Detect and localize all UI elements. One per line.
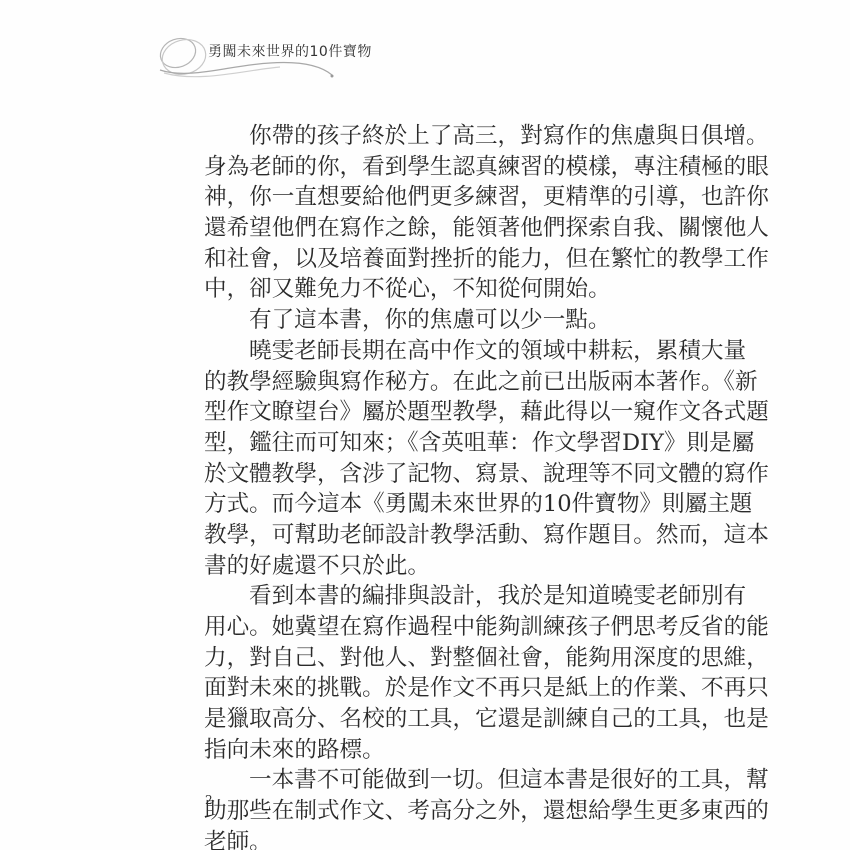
text-line: 方式。而今這本《勇闖未來世界的10件寶物》則屬主題 bbox=[204, 489, 620, 520]
paragraph-5: 一本書不可能做到一切。但這本書是很好的工具，幫 助那些在制式作文、考高分之外，還… bbox=[204, 765, 620, 850]
paragraph-1: 你帶的孩子終於上了高三，對寫作的焦慮與日俱增。 身為老師的你，看到學生認真練習的… bbox=[204, 121, 620, 305]
paragraph-2: 有了這本書，你的焦慮可以少一點。 bbox=[204, 305, 620, 336]
text-line: 力，對自己、對他人、對整個社會，能夠用深度的思維， bbox=[204, 643, 620, 674]
text-line: 有了這本書，你的焦慮可以少一點。 bbox=[204, 305, 620, 336]
text-line: 中，卻又難免力不從心，不知從何開始。 bbox=[204, 274, 620, 305]
text-line: 老師。 bbox=[204, 827, 620, 850]
text-line: 一本書不可能做到一切。但這本書是很好的工具，幫 bbox=[204, 765, 620, 796]
text-line: 助那些在制式作文、考高分之外，還想給學生更多東西的 bbox=[204, 796, 620, 827]
body-text: 你帶的孩子終於上了高三，對寫作的焦慮與日俱增。 身為老師的你，看到學生認真練習的… bbox=[204, 121, 620, 850]
text-line: 的教學經驗與寫作秘方。在此之前已出版兩本著作。《新 bbox=[204, 367, 620, 398]
paragraph-4: 看到本書的編排與設計，我於是知道曉雯老師別有 用心。她冀望在寫作過程中能夠訓練孩… bbox=[204, 581, 620, 765]
book-page: 勇闖未來世界的10件寶物 你帶的孩子終於上了高三，對寫作的焦慮與日俱增。 身為老… bbox=[0, 0, 850, 850]
text-line: 是獵取高分、名校的工具，它還是訓練自己的工具，也是 bbox=[204, 704, 620, 735]
text-line: 型作文瞭望台》屬於題型教學，藉此得以一窺作文各式題 bbox=[204, 397, 620, 428]
text-line: 面對未來的挑戰。於是作文不再只是紙上的作業、不再只 bbox=[204, 673, 620, 704]
text-line: 和社會，以及培養面對挫折的能力，但在繁忙的教學工作 bbox=[204, 244, 620, 275]
text-line: 教學，可幫助老師設計教學活動、寫作題目。然而，這本 bbox=[204, 520, 620, 551]
text-line: 身為老師的你，看到學生認真練習的模樣，專注積極的眼 bbox=[204, 152, 620, 183]
text-line: 書的好處還不只於此。 bbox=[204, 551, 620, 582]
text-line: 看到本書的編排與設計，我於是知道曉雯老師別有 bbox=[204, 581, 620, 612]
text-line: 用心。她冀望在寫作過程中能夠訓練孩子們思考反省的能 bbox=[204, 612, 620, 643]
text-line: 神，你一直想要給他們更多練習，更精準的引導，也許你 bbox=[204, 182, 620, 213]
text-line: 你帶的孩子終於上了高三，對寫作的焦慮與日俱增。 bbox=[204, 121, 620, 152]
text-line: 型，鑑往而可知來；《含英咀華：作文學習DIY》則是屬 bbox=[204, 428, 620, 459]
paragraph-3: 曉雯老師長期在高中作文的領域中耕耘，累積大量 的教學經驗與寫作秘方。在此之前已出… bbox=[204, 336, 620, 582]
text-line: 於文體教學，含涉了記物、寫景、說理等不同文體的寫作 bbox=[204, 459, 620, 490]
text-line: 曉雯老師長期在高中作文的領域中耕耘，累積大量 bbox=[204, 336, 620, 367]
running-title: 勇闖未來世界的10件寶物 bbox=[208, 41, 372, 61]
page-number: 2 bbox=[205, 793, 213, 807]
text-line: 還希望他們在寫作之餘，能領著他們探索自我、關懷他人 bbox=[204, 213, 620, 244]
text-line: 指向未來的路標。 bbox=[204, 735, 620, 766]
running-header: 勇闖未來世界的10件寶物 bbox=[150, 25, 470, 90]
